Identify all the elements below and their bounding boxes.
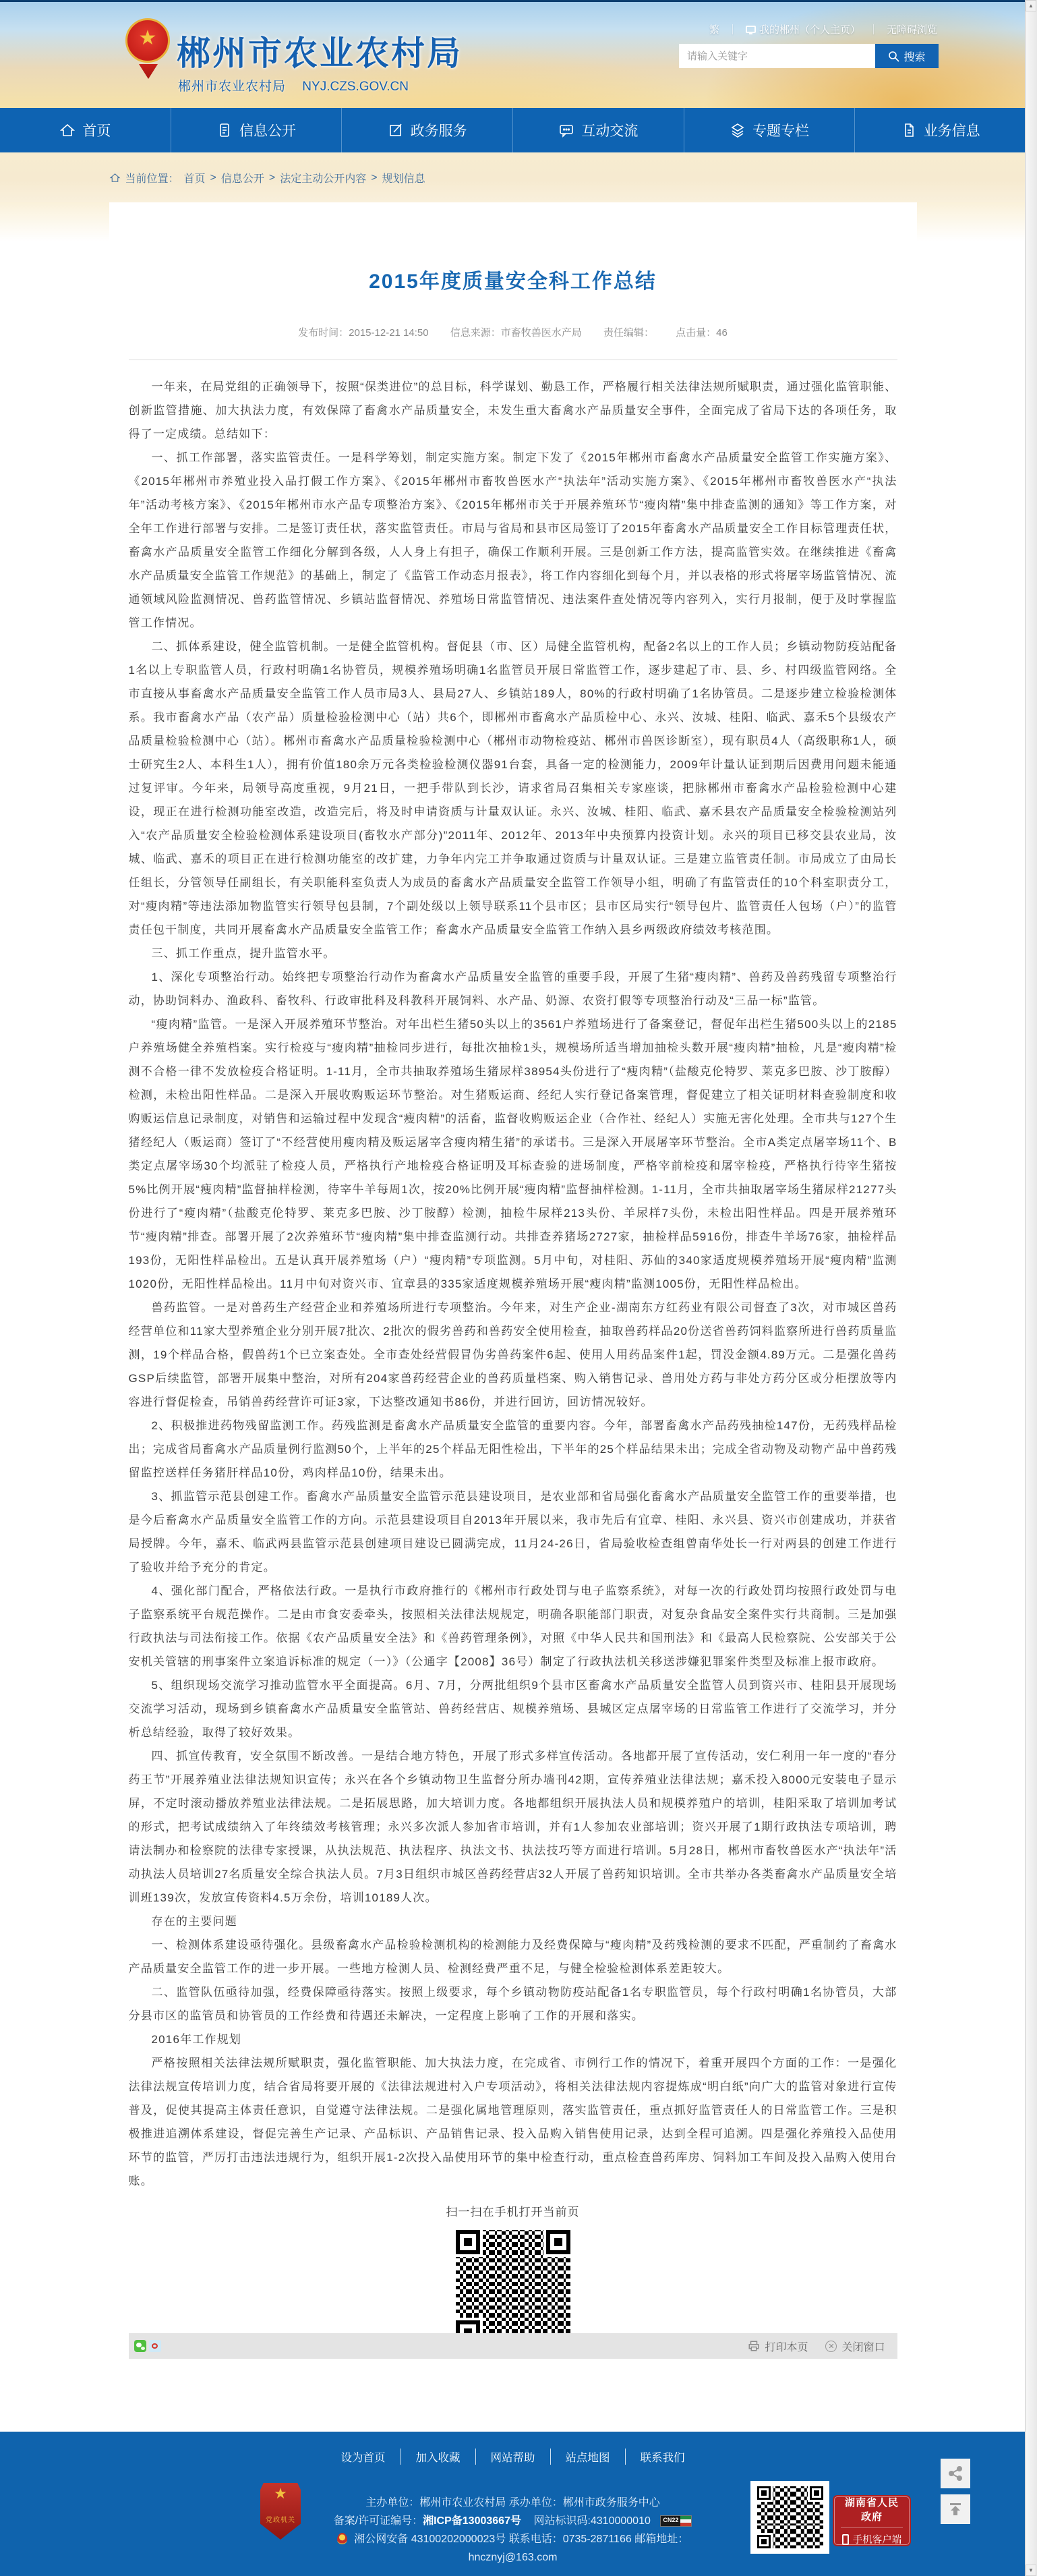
breadcrumb-strip: 当前位置： 首页 > 信息公开 > 法定主动公开内容 > 规划信息 — [0, 152, 1026, 202]
footer-link-contact[interactable]: 联系我们 — [625, 2449, 700, 2465]
editor: 责任编辑： — [603, 327, 654, 339]
nav-item-gov-services[interactable]: 政务服务 — [341, 108, 512, 152]
article-toolbar: 打印本页 ✕ 关闭窗口 — [129, 2333, 897, 2359]
breadcrumb-item-planning-info[interactable]: 规划信息 — [382, 170, 425, 185]
close-icon: ✕ — [825, 2341, 837, 2352]
breadcrumb-prefix: 当前位置： — [125, 170, 179, 185]
printer-icon — [748, 2340, 760, 2352]
search-bar: 搜索 — [679, 44, 939, 68]
site-title: 郴州市农业农村局 — [177, 26, 463, 75]
breadcrumb-item-legal-disclosure[interactable]: 法定主动公开内容 — [280, 170, 366, 185]
monitor-icon — [746, 26, 756, 33]
article-paragraph: 2016年工作规划 — [129, 2028, 897, 2051]
topbar-link-my-chenzhou[interactable]: 我的郴州（个人主页） — [746, 22, 860, 36]
topbar-divider: ｜ — [868, 22, 879, 36]
footer-info: 主办单位：郴州市农业农村局 承办单位：郴州市政务服务中心 备案/许可证编号：湘I… — [223, 2494, 803, 2567]
scroll-up-arrow[interactable]: ▲ — [1026, 0, 1036, 11]
article-meta: 发布时间：2015-12-21 14:50 信息来源：市畜牧兽医水产局 责任编辑… — [109, 325, 917, 339]
site-subtitle: 郴州市农业农村局 NYJ.CZS.GOV.CN — [178, 76, 409, 94]
article-paragraph: 四、抓宣传教育，安全氛围不断改善。一是结合地方特色，开展了形式多样宣传活动。各地… — [129, 1744, 897, 1910]
article-body: 一年来，在局党组的正确领导下，按照“保类进位”的总目标，科学谋划、勤恳工作，严格… — [129, 375, 897, 2193]
site-code-badge: CN22 — [660, 2515, 692, 2527]
publish-time: 发布时间：2015-12-21 14:50 — [298, 327, 428, 339]
topbar-divider: ｜ — [728, 22, 738, 36]
search-button[interactable]: 搜索 — [875, 44, 939, 68]
article-paragraph: 二、抓体系建设，健全监管机制。一是健全监管机构。督促县（市、区）局健全监管机构，… — [129, 635, 897, 942]
article-paragraph: 一年来，在局党组的正确领导下，按照“保类进位”的总目标，科学谋划、勤恳工作，严格… — [129, 375, 897, 446]
article-paragraph: 严格按照相关法律法规所赋职责，强化监管职能、加大执法力度，在完成省、市例行工作的… — [129, 2051, 897, 2193]
article-paragraph: 存在的主要问题 — [129, 1910, 897, 1933]
article-paragraph: 一、检测体系建设亟待强化。县级畜禽水产品检验检测机构的检测能力及经费保障与“瘦肉… — [129, 1933, 897, 1980]
phone-icon — [842, 2534, 849, 2545]
footer-link-set-home[interactable]: 设为首页 — [326, 2449, 401, 2465]
home-small-icon — [109, 172, 121, 183]
site-subtitle-name: 郴州市农业农村局 — [178, 80, 286, 94]
qr-caption: 扫一扫在手机打开当前页 — [109, 2202, 917, 2219]
topbar-links: 繁 ｜ 我的郴州（个人主页） ｜ 无障碍浏览 — [709, 22, 937, 36]
topbar-link-accessibility[interactable]: 无障碍浏览 — [887, 22, 937, 36]
main-nav: 首页 信息公开 政务服务 互动交流 专题专栏 业务信息 — [0, 108, 1026, 152]
national-emblem: ★ — [125, 18, 171, 83]
article-paragraph: 二、监管队伍亟待加强，经费保障亟待落实。按照上级要求，每个乡镇动物防疫站配备1名… — [129, 1980, 897, 2028]
back-to-top-button[interactable] — [941, 2494, 970, 2524]
nav-item-info-disclosure[interactable]: 信息公开 — [171, 108, 342, 152]
qr-section: 扫一扫在手机打开当前页 — [109, 2202, 917, 2345]
site-domain: NYJ.CZS.GOV.CN — [302, 80, 409, 94]
document-icon — [216, 122, 233, 138]
back-to-top-icon — [947, 2501, 964, 2517]
file-icon — [901, 122, 917, 138]
search-input[interactable] — [679, 44, 875, 68]
weibo-share-icon[interactable] — [149, 2340, 161, 2352]
hit-count: 点击量：46 — [676, 327, 728, 339]
info-source: 信息来源：市畜牧兽医水产局 — [450, 327, 582, 339]
article-paragraph: 兽药监管。一是对兽药生产经营企业和养殖场所进行专项整治。今年来，对生产企业-湖南… — [129, 1296, 897, 1414]
footer-link-sitemap[interactable]: 站点地图 — [550, 2449, 625, 2465]
site-header: ★ 郴州市农业农村局 郴州市农业农村局 NYJ.CZS.GOV.CN 繁 ｜ 我… — [0, 0, 1026, 108]
mobile-app-link[interactable]: 手机客户端 — [842, 2532, 902, 2546]
article-paragraph: 5、组织现场交流学习推动监管水平全面提高。6月、7月，分两批组织9个县市区畜禽水… — [129, 1673, 897, 1744]
page: ★ 郴州市农业农村局 郴州市农业农村局 NYJ.CZS.GOV.CN 繁 ｜ 我… — [0, 0, 1037, 2576]
article-paragraph: 1、深化专项整治行动。始终把专项整治行动作为畜禽水产品质量安全监管的重要手段，开… — [129, 965, 897, 1012]
article-paragraph: 3、抓监管示范县创建工作。畜禽水产品质量安全监管示范县建设项目，是农业部和省局强… — [129, 1485, 897, 1579]
article-area: 2015年度质量安全科工作总结 发布时间：2015-12-21 14:50 信息… — [0, 202, 1026, 2432]
page-qr-code — [456, 2230, 570, 2345]
breadcrumb: 当前位置： 首页 > 信息公开 > 法定主动公开内容 > 规划信息 — [109, 152, 917, 185]
share-button[interactable] — [941, 2459, 970, 2488]
article-paragraph: 2、积极推进药物残留监测工作。药残监测是畜禽水产品质量安全监管的重要内容。今年，… — [129, 1414, 897, 1485]
icp-number: 湘ICP备13003667号 — [423, 2515, 521, 2527]
page-scrollbar[interactable]: ▲ ▼ — [1025, 0, 1037, 2576]
nav-item-interaction[interactable]: 互动交流 — [512, 108, 684, 152]
wechat-share-icon[interactable] — [134, 2340, 146, 2352]
home-icon — [59, 122, 76, 138]
footer-link-help[interactable]: 网站帮助 — [475, 2449, 550, 2465]
close-window-button[interactable]: ✕ 关闭窗口 — [825, 2339, 885, 2354]
footer-link-favorite[interactable]: 加入收藏 — [401, 2449, 475, 2465]
footer-qr-code — [750, 2481, 829, 2554]
layers-icon — [730, 122, 746, 138]
footer-security-line: 湘公网安备 43100202000023号 联系电话：0735-2871166 … — [223, 2530, 803, 2548]
hunan-gov-app-box[interactable]: 湖南省人民政府 手机客户端 — [834, 2496, 910, 2545]
meta-divider — [129, 360, 897, 360]
article-paragraph: 一、抓工作部署，落实监管责任。一是科学筹划，制定实施方案。制定下发了《2015年… — [129, 446, 897, 635]
breadcrumb-item-home[interactable]: 首页 — [184, 170, 206, 185]
footer-email[interactable]: hncznyj@163.com — [223, 2548, 803, 2567]
article-paragraph: “瘦肉精”监管。一是深入开展养殖环节整治。对年出栏生猪50头以上的3561户养殖… — [129, 1012, 897, 1296]
police-badge-icon — [337, 2533, 347, 2544]
emblem-star-icon: ★ — [139, 28, 157, 49]
breadcrumb-item-info[interactable]: 信息公开 — [221, 170, 264, 185]
topbar-link-traditional[interactable]: 繁 — [709, 22, 719, 36]
share-icon — [947, 2465, 964, 2482]
site-footer: 设为首页 加入收藏 网站帮助 站点地图 联系我们 ★ 党政机关 主办单位：郴州市… — [0, 2432, 1026, 2576]
pen-square-icon — [388, 122, 404, 138]
footer-icp-line: 备案/许可证编号：湘ICP备13003667号 网站标识码:4310000010… — [223, 2512, 803, 2530]
footer-organizer-line: 主办单位：郴州市农业农村局 承办单位：郴州市政务服务中心 — [223, 2494, 803, 2512]
page-title: 2015年度质量安全科工作总结 — [109, 202, 917, 294]
article-paragraph: 三、抓工作重点，提升监管水平。 — [129, 942, 897, 965]
site-id-code: 网站标识码:4310000010 — [533, 2515, 650, 2527]
nav-item-special-topics[interactable]: 专题专栏 — [684, 108, 855, 152]
hunan-gov-link[interactable]: 湖南省人民政府 — [841, 2495, 903, 2528]
floating-buttons — [941, 2459, 970, 2524]
article-card: 2015年度质量安全科工作总结 发布时间：2015-12-21 14:50 信息… — [109, 202, 917, 2432]
scroll-down-arrow[interactable]: ▼ — [1026, 2565, 1036, 2576]
print-button[interactable]: 打印本页 — [748, 2339, 808, 2354]
footer-links: 设为首页 加入收藏 网站帮助 站点地图 联系我们 — [0, 2432, 1026, 2465]
chat-icon — [558, 122, 574, 138]
article-paragraph: 4、强化部门配合，严格依法行政。一是执行市政府推行的《郴州市行政处罚与电子监察系… — [129, 1579, 897, 1673]
nav-item-home[interactable]: 首页 — [0, 108, 171, 152]
nav-item-business-info[interactable]: 业务信息 — [854, 108, 1026, 152]
search-icon — [888, 51, 899, 62]
